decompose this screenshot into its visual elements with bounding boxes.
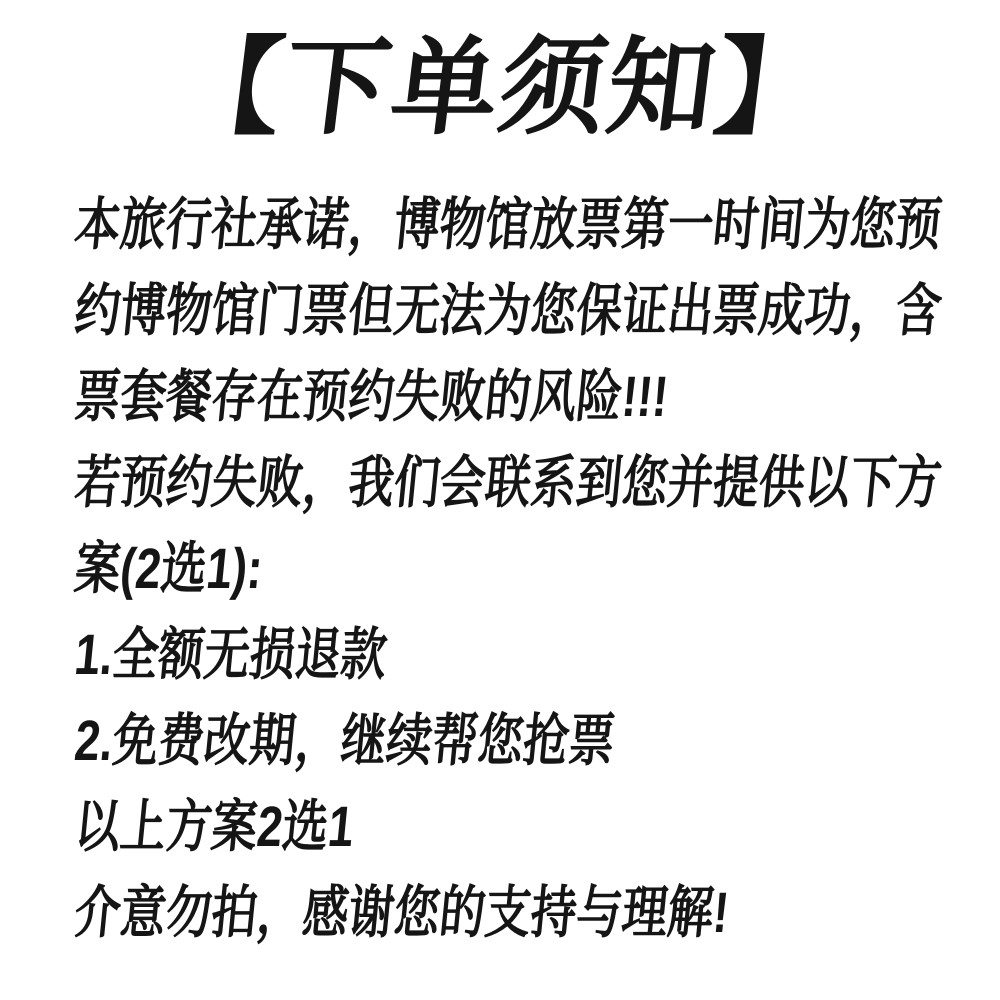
notice-line-promise-2: 约博物馆门票但无法为您保证出票成功，含 [71, 268, 819, 354]
notice-line-choose-one: 以上方案2选1 [71, 784, 819, 870]
order-notice-page: 【下单须知】 本旅行社承诺，博物馆放票第一时间为您预 约博物馆门票但无法为您保证… [0, 0, 1000, 1000]
notice-line-option-1-refund: 1.全额无损退款 [71, 612, 819, 698]
notice-line-thanks: 介意勿拍，感谢您的支持与理解! [71, 870, 819, 956]
notice-line-risk-warning: 票套餐存在预约失败的风险!!! [71, 354, 819, 440]
notice-line-option-2-reschedule: 2.免费改期，继续帮您抢票 [71, 698, 819, 784]
notice-line-failure-contact-1: 若预约失败，我们会联系到您并提供以下方 [71, 440, 819, 526]
notice-title: 【下单须知】 [0, 24, 1000, 152]
notice-body: 本旅行社承诺，博物馆放票第一时间为您预 约博物馆门票但无法为您保证出票成功，含 … [0, 182, 1000, 956]
notice-line-failure-contact-2: 案(2选1): [71, 526, 819, 612]
notice-line-promise-1: 本旅行社承诺，博物馆放票第一时间为您预 [71, 182, 819, 268]
